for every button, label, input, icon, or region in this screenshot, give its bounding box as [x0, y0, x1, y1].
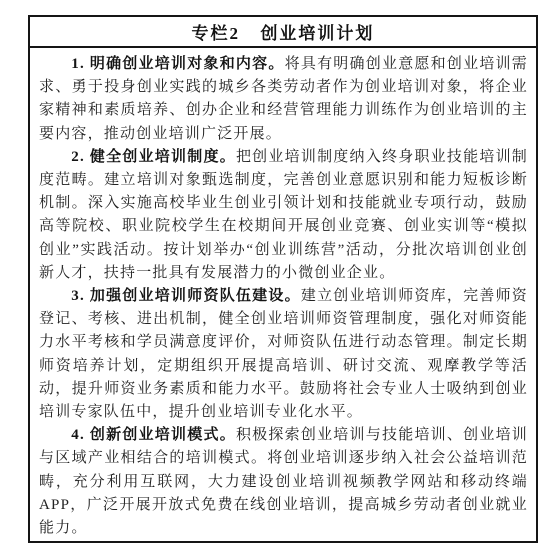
- paragraph-3: 3. 加强创业培训师资队伍建设。建立创业培训师资库，完善师资登记、考核、进出机制…: [39, 285, 528, 424]
- column-number-label: 专栏2: [192, 19, 241, 44]
- column-box: 专栏2 创业培训计划 1. 明确创业培训对象和内容。将具有明确创业意愿和创业培训…: [28, 15, 538, 543]
- paragraph-3-text: 建立创业培训师资库，完善师资登记、考核、进出机制，健全创业培训师资管理制度，强化…: [39, 288, 528, 420]
- paragraph-1: 1. 明确创业培训对象和内容。将具有明确创业意愿和创业培训需求、勇于投身创业实践…: [39, 53, 528, 146]
- column-box-body: 1. 明确创业培训对象和内容。将具有明确创业意愿和创业培训需求、勇于投身创业实践…: [30, 48, 536, 540]
- document-page: { "panel": { "title": { "label_left": "专…: [0, 0, 560, 554]
- paragraph-4: 4. 创新创业培训模式。积极探索创业培训与技能培训、创业培训与区域产业相结合的培…: [39, 424, 528, 540]
- paragraph-3-lead: 3. 加强创业培训师资队伍建设。: [71, 288, 301, 304]
- paragraph-2-text: 把创业培训制度纳入终身职业技能培训制度范畴。建立培训对象甄选制度，完善创业意愿识…: [39, 149, 528, 281]
- paragraph-2: 2. 健全创业培训制度。把创业培训制度纳入终身职业技能培训制度范畴。建立培训对象…: [39, 146, 528, 285]
- paragraph-4-lead: 4. 创新创业培训模式。: [71, 427, 236, 443]
- paragraph-1-lead: 1. 明确创业培训对象和内容。: [71, 56, 284, 72]
- paragraph-4-text: 积极探索创业培训与技能培训、创业培训与区域产业相结合的培训模式。将创业培训逐步纳…: [39, 427, 528, 536]
- column-box-title: 专栏2 创业培训计划: [30, 17, 536, 48]
- column-title-label: 创业培训计划: [260, 19, 374, 44]
- paragraph-2-lead: 2. 健全创业培训制度。: [71, 149, 236, 165]
